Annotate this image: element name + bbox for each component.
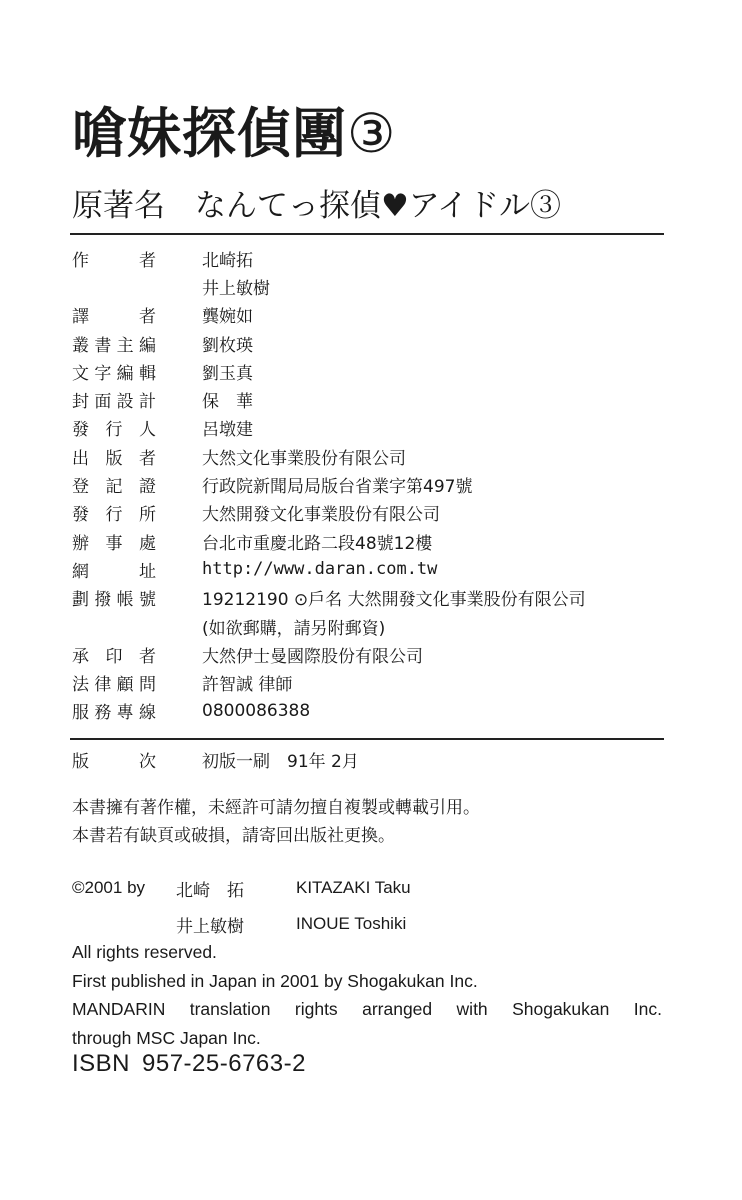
credit-row: 發行所大然開發文化事業股份有限公司 xyxy=(72,499,672,527)
rights-line: through MSC Japan Inc. xyxy=(72,1024,662,1053)
credit-value: 龔婉如 xyxy=(202,302,253,327)
book-title: 嗆妹探偵團③ xyxy=(72,104,396,164)
volume-number: ③ xyxy=(347,102,396,165)
original-volume-number: ③ xyxy=(530,188,561,224)
copyright-line: 井上敏樹 INOUE Toshiki xyxy=(72,906,411,942)
credit-row: 網址http://www.daran.com.tw xyxy=(72,555,672,583)
credit-label: 登記證 xyxy=(72,472,156,497)
isbn-value: 957-25-6763-2 xyxy=(142,1050,306,1077)
edition-label: 版 次 xyxy=(72,747,156,772)
credit-value: 北崎拓 xyxy=(202,246,253,271)
credit-row: 封面設計保 華 xyxy=(72,385,672,413)
credit-value: 大然開發文化事業股份有限公司 xyxy=(202,500,440,525)
credit-row: 服務專線0800086388 xyxy=(72,697,672,725)
rights-line: MANDARIN translation rights arranged wit… xyxy=(72,995,662,1024)
credit-row: 承印者大然伊士曼國際股份有限公司 xyxy=(72,640,672,668)
credit-value: 0800086388 xyxy=(202,701,310,721)
credit-value: (如欲郵購，請另附郵資) xyxy=(202,614,385,639)
credit-label: 服務專線 xyxy=(72,698,156,723)
colophon-page: 嗆妹探偵團③ 原著名なんてっ探偵♥アイドル③ 作者北崎拓井上敏樹譯者龔婉如叢書主… xyxy=(0,0,742,1200)
credit-row: (如欲郵購，請另附郵資) xyxy=(72,612,672,640)
credit-label: 發行所 xyxy=(72,500,156,525)
credit-row: 作者北崎拓 xyxy=(72,244,672,272)
notice-line: 本書擁有著作權，未經許可請勿擅自複製或轉載引用。 xyxy=(72,794,480,822)
credit-label: 辦事處 xyxy=(72,529,156,554)
credit-row: 出版者大然文化事業股份有限公司 xyxy=(72,442,672,470)
original-title-label: 原著名 xyxy=(72,188,165,224)
credit-label: 發行人 xyxy=(72,415,156,440)
credit-value: 劉玉真 xyxy=(202,359,253,384)
credit-label: 網址 xyxy=(72,557,156,582)
credit-row: 叢書主編劉枚瑛 xyxy=(72,329,672,357)
credit-label: 文字編輯 xyxy=(72,359,156,384)
credit-value: 大然伊士曼國際股份有限公司 xyxy=(202,642,423,667)
book-title-text: 嗆妹探偵團 xyxy=(72,102,347,165)
original-title-text2: アイドル xyxy=(409,188,530,224)
credit-row: 辦事處台北市重慶北路二段48號12樓 xyxy=(72,527,672,555)
divider xyxy=(70,233,664,235)
credit-label: 譯者 xyxy=(72,302,156,327)
rights-statement: All rights reserved. First published in … xyxy=(72,938,662,1052)
credit-value: 保 華 xyxy=(202,387,253,412)
credit-label: 作者 xyxy=(72,246,156,271)
credit-label: 出版者 xyxy=(72,444,156,469)
author-name-en: KITAZAKI Taku xyxy=(296,878,411,898)
credit-label: 承印者 xyxy=(72,642,156,667)
original-title: 原著名なんてっ探偵♥アイドル③ xyxy=(72,186,561,226)
credit-value: 19212190 ⊙戶名 大然開發文化事業股份有限公司 xyxy=(202,585,586,610)
divider xyxy=(70,738,664,740)
credit-value: 呂墩建 xyxy=(202,415,253,440)
rights-line: First published in Japan in 2001 by Shog… xyxy=(72,967,662,996)
copyright-line: ©2001 by 北崎 拓 KITAZAKI Taku xyxy=(72,870,411,906)
copyright-block: ©2001 by 北崎 拓 KITAZAKI Taku 井上敏樹 INOUE T… xyxy=(72,870,411,942)
website-link[interactable]: http://www.daran.com.tw xyxy=(202,559,437,579)
copyright-notice: 本書擁有著作權，未經許可請勿擅自複製或轉載引用。 本書若有缺頁或破損，請寄回出版… xyxy=(72,794,480,850)
credit-row: 登記證行政院新聞局局版台省業字第497號 xyxy=(72,470,672,498)
credit-row: 發行人呂墩建 xyxy=(72,414,672,442)
credit-value: 井上敏樹 xyxy=(202,274,270,299)
credit-value: 劉枚瑛 xyxy=(202,331,253,356)
credit-label: 封面設計 xyxy=(72,387,156,412)
original-title-text: なんてっ探偵 xyxy=(195,188,381,224)
credit-label: 法律顧問 xyxy=(72,670,156,695)
credit-row: 井上敏樹 xyxy=(72,272,672,300)
author-name-zh: 井上敏樹 xyxy=(176,912,296,937)
credit-row: 文字編輯劉玉真 xyxy=(72,357,672,385)
credit-value: 台北市重慶北路二段48號12樓 xyxy=(202,529,432,554)
credits-table: 作者北崎拓井上敏樹譯者龔婉如叢書主編劉枚瑛文字編輯劉玉真封面設計保 華發行人呂墩… xyxy=(72,244,672,725)
rights-line: All rights reserved. xyxy=(72,938,662,967)
heart-icon: ♥ xyxy=(381,186,409,226)
edition-row: 版 次 初版一刷 91年 2月 xyxy=(72,744,359,774)
credit-label: 叢書主編 xyxy=(72,331,156,356)
credit-row: 譯者龔婉如 xyxy=(72,301,672,329)
credit-label: 劃撥帳號 xyxy=(72,585,156,610)
credit-row: 劃撥帳號19212190 ⊙戶名 大然開發文化事業股份有限公司 xyxy=(72,584,672,612)
notice-line: 本書若有缺頁或破損，請寄回出版社更換。 xyxy=(72,822,480,850)
edition-value: 初版一刷 91年 2月 xyxy=(202,747,359,772)
author-name-en: INOUE Toshiki xyxy=(296,914,406,934)
isbn-label: ISBN xyxy=(72,1050,130,1077)
credit-row: 法律顧問許智誠 律師 xyxy=(72,668,672,696)
credit-value: 大然文化事業股份有限公司 xyxy=(202,444,406,469)
credit-value: 行政院新聞局局版台省業字第497號 xyxy=(202,472,472,497)
copyright-prefix: ©2001 by xyxy=(72,878,176,898)
isbn: ISBN957-25-6763-2 xyxy=(72,1050,306,1078)
credit-value: 許智誠 律師 xyxy=(202,670,292,695)
author-name-zh: 北崎 拓 xyxy=(176,876,296,901)
